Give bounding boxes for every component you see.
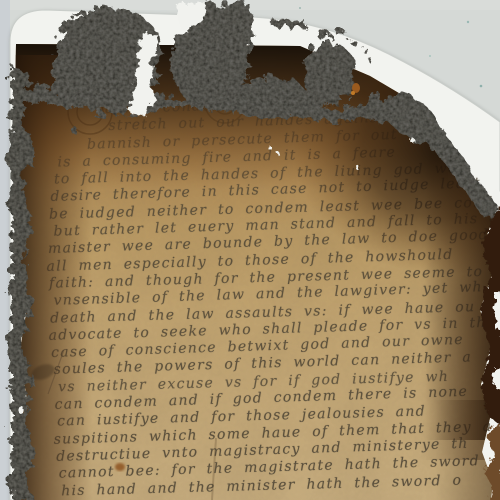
manuscript-text-layer: cannot condem them in thistretch out our… (0, 88, 500, 500)
scanned-manuscript-page: cannot condem them in thistretch out our… (0, 0, 500, 500)
